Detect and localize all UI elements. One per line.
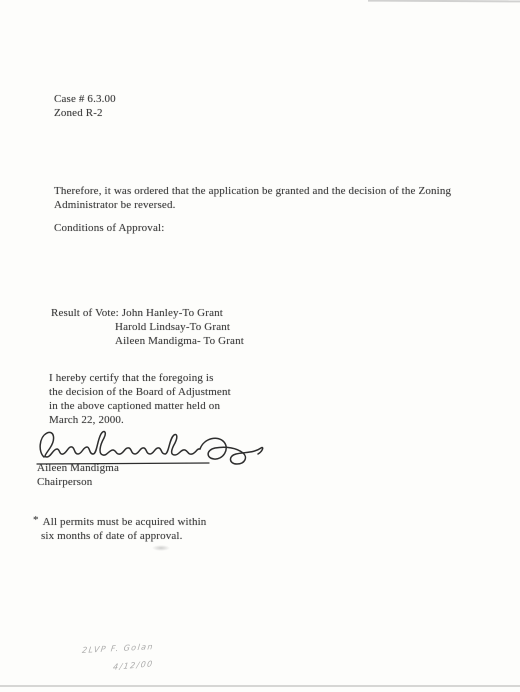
footnote-asterisk: * [33, 513, 39, 527]
footnote-text: six months of date of approval. [41, 529, 206, 543]
scanned-document-page: Case # 6.3.00 Zoned R-2 Therefore, it wa… [0, 0, 520, 692]
signature-flourish [200, 438, 263, 464]
scan-artifact-line-bottom [0, 685, 520, 687]
signatory-title: Chairperson [37, 475, 92, 489]
vote-result-block: Result of Vote: John Hanley-To Grant Har… [51, 306, 244, 348]
certification-line: in the above captioned matter held on [49, 399, 231, 413]
signatory-name: Aileen Mandigma [37, 461, 119, 475]
certification-line: I hereby certify that the foregoing is [49, 371, 231, 385]
vote-result-line: Result of Vote: John Hanley-To Grant [51, 306, 244, 320]
pencil-annotation-date: 4/12/00 [113, 659, 155, 672]
zoning-designation: Zoned R-2 [54, 106, 116, 120]
certification-line: the decision of the Board of Adjustment [49, 385, 231, 399]
certification-block: I hereby certify that the foregoing is t… [49, 371, 231, 427]
footnote-text: All permits must be acquired within [43, 516, 207, 528]
order-paragraph: Therefore, it was ordered that the appli… [54, 184, 451, 212]
scan-artifact-line-top [368, 0, 520, 2]
vote-result-line: Harold Lindsay-To Grant [115, 320, 244, 334]
order-paragraph-line: Therefore, it was ordered that the appli… [54, 184, 451, 198]
pencil-annotation: 2LVP F. Golan [81, 642, 154, 655]
conditions-heading: Conditions of Approval: [54, 221, 164, 235]
scan-smudge [152, 545, 170, 551]
certification-line: March 22, 2000. [49, 413, 231, 427]
case-info-block: Case # 6.3.00 Zoned R-2 [54, 92, 116, 120]
order-paragraph-line: Administrator be reversed. [54, 198, 451, 212]
signature-stroke [40, 431, 200, 457]
vote-result-line: Aileen Mandigma- To Grant [115, 334, 244, 348]
footnote-block: *All permits must be acquired within six… [33, 515, 206, 543]
footnote-line: *All permits must be acquired within [33, 515, 206, 529]
case-number: Case # 6.3.00 [54, 92, 116, 106]
